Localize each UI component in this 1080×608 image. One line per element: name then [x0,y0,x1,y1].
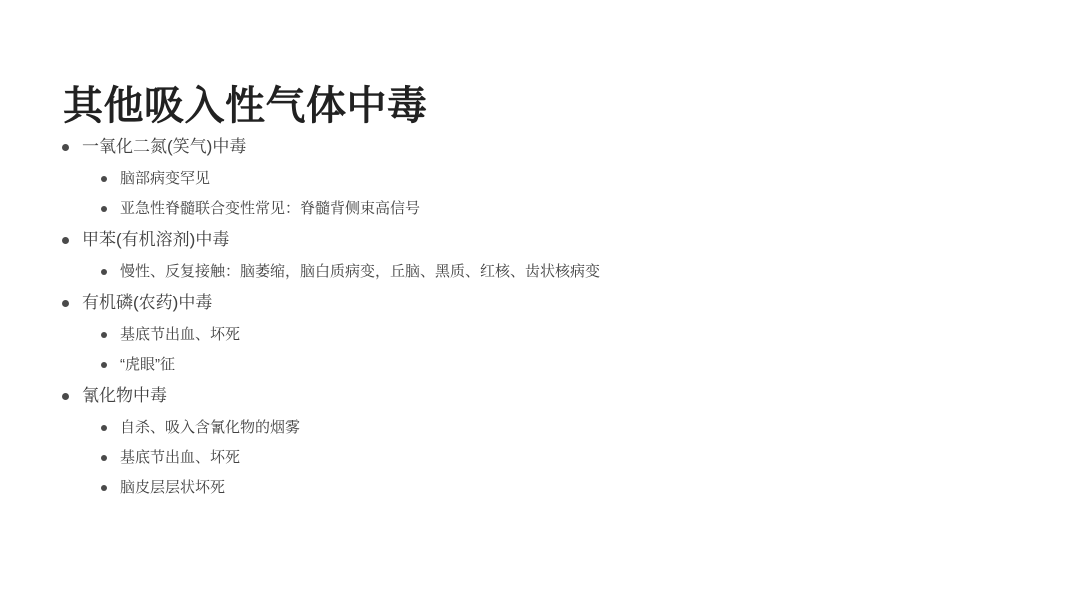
slide-title: 其他吸入性气体中毒 [63,82,428,130]
bullet-dot-icon [62,144,69,151]
bullet-dot-icon [101,176,107,182]
sub-list-item-label: 自杀、吸入含氰化物的烟雾 [120,418,300,438]
bullet-dot-icon [101,425,107,431]
bullet-dot-icon [101,455,107,461]
list-item-label: 一氧化二氮(笑气)中毒 [82,136,246,158]
bullet-dot-icon [101,332,107,338]
sub-list-item: 脑皮层层状坏死 [0,478,1080,498]
slide: 其他吸入性气体中毒 一氧化二氮(笑气)中毒 脑部病变罕见 亚急性脊髓联合变性常见… [0,0,1080,608]
bullet-dot-icon [62,237,69,244]
sub-list-item: 亚急性脊髓联合变性常见：脊髓背侧束高信号 [0,199,1080,219]
list-item-label: 甲苯(有机溶剂)中毒 [82,229,229,251]
list-item: 有机磷(农药)中毒 [0,292,1080,314]
list-item-label: 氰化物中毒 [82,385,167,407]
sub-list-item-label: “虎眼”征 [120,355,175,375]
sub-list-item-label: 亚急性脊髓联合变性常见：脊髓背侧束高信号 [120,199,420,219]
sub-list-item: “虎眼”征 [0,355,1080,375]
sub-list-item: 自杀、吸入含氰化物的烟雾 [0,418,1080,438]
list-item: 甲苯(有机溶剂)中毒 [0,229,1080,251]
list-item: 氰化物中毒 [0,385,1080,407]
sub-list-item: 基底节出血、坏死 [0,325,1080,345]
bullet-dot-icon [62,393,69,400]
bullet-list: 一氧化二氮(笑气)中毒 脑部病变罕见 亚急性脊髓联合变性常见：脊髓背侧束高信号 … [0,136,1080,508]
sub-list-item-label: 基底节出血、坏死 [120,448,240,468]
bullet-dot-icon [101,269,107,275]
bullet-dot-icon [101,206,107,212]
sub-list-item: 基底节出血、坏死 [0,448,1080,468]
sub-list-item-label: 脑部病变罕见 [120,169,210,189]
bullet-dot-icon [62,300,69,307]
sub-list-item: 慢性、反复接触：脑萎缩，脑白质病变，丘脑、黑质、红核、齿状核病变 [0,262,1080,282]
sub-list-item-label: 慢性、反复接触：脑萎缩，脑白质病变，丘脑、黑质、红核、齿状核病变 [120,262,600,282]
sub-list-item-label: 脑皮层层状坏死 [120,478,225,498]
sub-list-item-label: 基底节出血、坏死 [120,325,240,345]
bullet-dot-icon [101,485,107,491]
sub-list-item: 脑部病变罕见 [0,169,1080,189]
list-item: 一氧化二氮(笑气)中毒 [0,136,1080,158]
bullet-dot-icon [101,362,107,368]
list-item-label: 有机磷(农药)中毒 [82,292,212,314]
